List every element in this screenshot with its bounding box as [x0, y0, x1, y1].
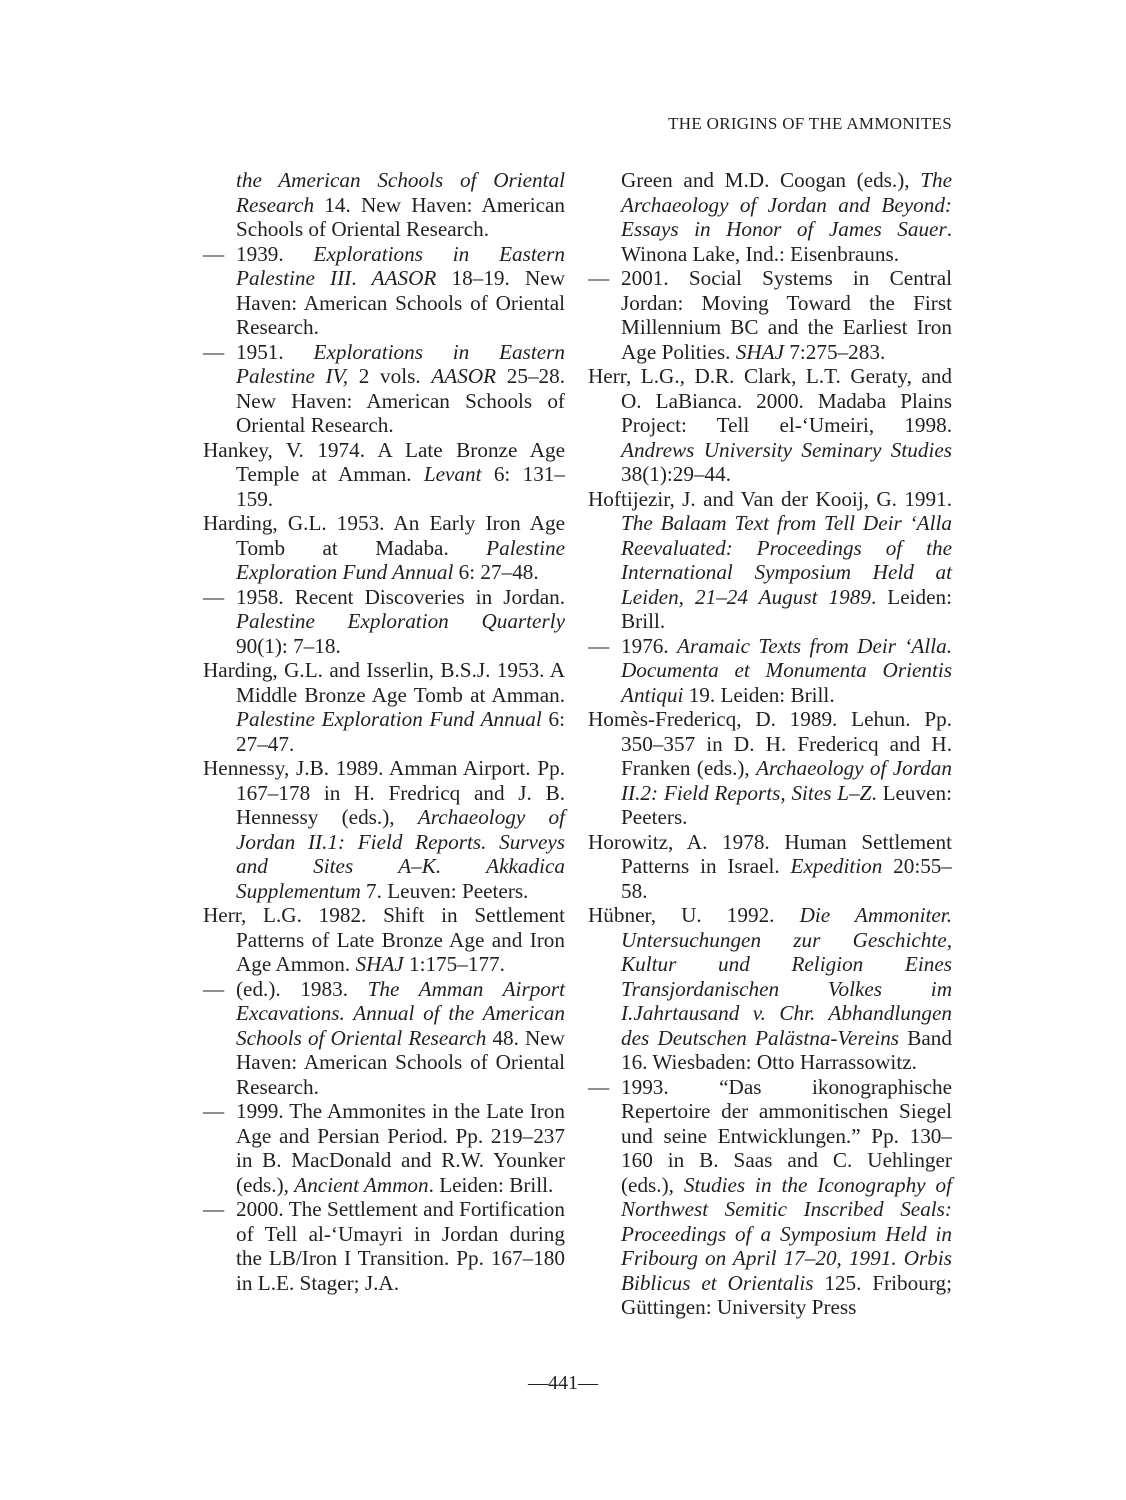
- reference-entry: Herr, L.G., D.R. Clark, L.T. Geraty, and…: [588, 364, 952, 487]
- reference-entry: Harding, G.L. 1953. An Early Iron Age To…: [203, 511, 565, 585]
- reference-title: Levant: [424, 462, 482, 486]
- reference-entry: —1976. Aramaic Texts from Deir ‘Alla. Do…: [588, 634, 952, 708]
- ditto-dash: —: [588, 266, 621, 291]
- reference-title: Andrews University Seminary Studies: [621, 438, 952, 462]
- reference-text: . Leiden: Brill.: [429, 1173, 554, 1197]
- reference-entry: Hübner, U. 1992. Die Ammoniter. Untersuc…: [588, 903, 952, 1075]
- ditto-dash: —: [203, 977, 236, 1002]
- reference-text: (ed.). 1983.: [236, 977, 368, 1001]
- reference-entry: —1951. Explorations in Eastern Palestine…: [203, 340, 565, 438]
- reference-text: Hübner, U. 1992.: [588, 903, 800, 927]
- reference-title: AASOR: [372, 266, 437, 290]
- reference-text: Green and M.D. Coogan (eds.),: [621, 168, 920, 192]
- bibliography-column-left: the American Schools of Oriental Researc…: [203, 168, 565, 1295]
- reference-entry: —1958. Recent Discoveries in Jordan. Pal…: [203, 585, 565, 659]
- reference-text: 1958. Recent Discoveries in Jordan.: [236, 585, 565, 609]
- reference-text: 19. Leiden: Brill.: [683, 683, 834, 707]
- reference-entry: —1939. Explorations in Eastern Palestine…: [203, 242, 565, 340]
- ditto-dash: —: [588, 634, 621, 659]
- bibliography-column-right: Green and M.D. Coogan (eds.), The Archae…: [588, 168, 952, 1320]
- reference-text: 38(1):29–44.: [621, 462, 731, 486]
- running-head: THE ORIGINS OF THE AMMONITES: [668, 114, 952, 134]
- reference-entry: Hankey, V. 1974. A Late Bronze Age Templ…: [203, 438, 565, 512]
- reference-continuation: the American Schools of Oriental Researc…: [203, 168, 565, 242]
- ditto-dash: —: [203, 242, 236, 267]
- reference-title: Palestine Exploration Fund Annual: [236, 707, 542, 731]
- reference-title: SHAJ: [736, 340, 784, 364]
- reference-entry: Herr, L.G. 1982. Shift in Settlement Pat…: [203, 903, 565, 977]
- reference-text: 6: 27–48.: [453, 560, 538, 584]
- page-number: —441—: [0, 1372, 1126, 1395]
- document-page: THE ORIGINS OF THE AMMONITES the America…: [0, 0, 1126, 1500]
- reference-text: Harding, G.L. and Isserlin, B.S.J. 1953.…: [203, 658, 565, 707]
- reference-entry: Hennessy, J.B. 1989. Amman Airport. Pp. …: [203, 756, 565, 903]
- reference-entry: Horowitz, A. 1978. Human Settlement Patt…: [588, 830, 952, 904]
- reference-title: SHAJ: [355, 952, 403, 976]
- ditto-dash: —: [203, 585, 236, 610]
- reference-text: Herr, L.G., D.R. Clark, L.T. Geraty, and…: [588, 364, 952, 437]
- reference-title: Palestine Exploration Quarterly: [236, 609, 565, 633]
- reference-text: 7. Leuven: Peeters.: [361, 879, 529, 903]
- reference-title: Expedition: [791, 854, 883, 878]
- reference-text: 90(1): 7–18.: [236, 634, 341, 658]
- reference-text: .: [351, 266, 371, 290]
- reference-entry: Hoftijezir, J. and Van der Kooij, G. 199…: [588, 487, 952, 634]
- reference-title: Ancient Ammon: [294, 1173, 428, 1197]
- reference-text: 2 vols.: [348, 364, 431, 388]
- ditto-dash: —: [588, 1075, 621, 1100]
- ditto-dash: —: [203, 1099, 236, 1124]
- reference-text: 1:175–177.: [404, 952, 505, 976]
- reference-continuation: Green and M.D. Coogan (eds.), The Archae…: [588, 168, 952, 266]
- reference-title: AASOR: [431, 364, 496, 388]
- reference-text: 2000. The Settlement and Fortification o…: [236, 1197, 565, 1295]
- ditto-dash: —: [203, 1197, 236, 1222]
- reference-entry: Harding, G.L. and Isserlin, B.S.J. 1953.…: [203, 658, 565, 756]
- reference-entry: —1999. The Ammonites in the Late Iron Ag…: [203, 1099, 565, 1197]
- reference-text: 1951.: [236, 340, 314, 364]
- reference-entry: —1993. “Das ikonographische Repertoire d…: [588, 1075, 952, 1320]
- reference-text: 1939.: [236, 242, 314, 266]
- reference-entry: —2001. Social Systems in Central Jordan:…: [588, 266, 952, 364]
- ditto-dash: —: [203, 340, 236, 365]
- reference-text: 1976.: [621, 634, 677, 658]
- reference-entry: —(ed.). 1983. The Amman Airport Excavati…: [203, 977, 565, 1100]
- reference-text: Hoftijezir, J. and Van der Kooij, G. 199…: [588, 487, 952, 511]
- reference-entry: —2000. The Settlement and Fortification …: [203, 1197, 565, 1295]
- reference-entry: Homès-Fredericq, D. 1989. Lehun. Pp. 350…: [588, 707, 952, 830]
- reference-text: 7:275–283.: [784, 340, 885, 364]
